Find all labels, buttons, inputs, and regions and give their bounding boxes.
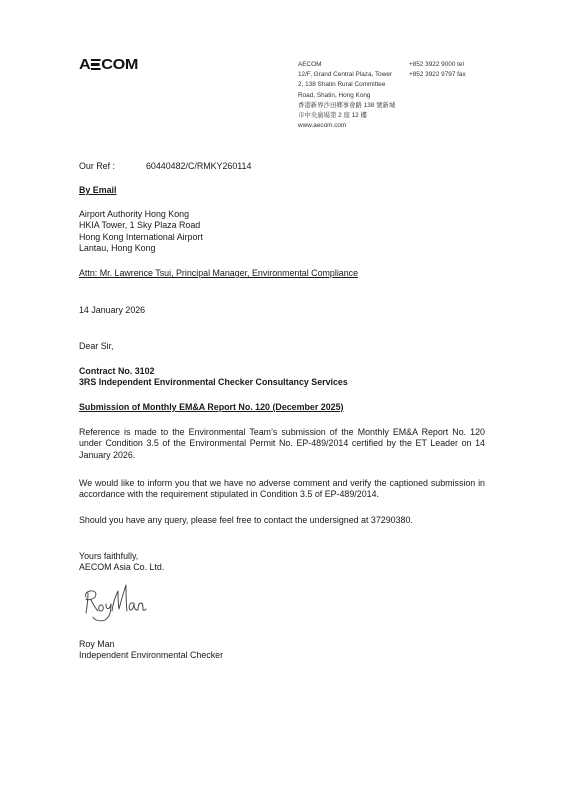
- recipient-line: HKIA Tower, 1 Sky Plaza Road: [79, 220, 203, 231]
- letter-page: ACOM AECOM 12/F, Grand Central Plaza, To…: [0, 0, 567, 801]
- logo-e-bars-icon: [90, 59, 100, 70]
- aecom-logo: ACOM: [79, 57, 138, 72]
- recipient-line: Airport Authority Hong Kong: [79, 209, 203, 220]
- signatory-block: Roy Man Independent Environmental Checke…: [79, 639, 223, 662]
- valediction: Yours faithfully,: [79, 551, 164, 562]
- fax-number: +852 3922 9797 fax: [409, 70, 466, 80]
- delivery-method: By Email: [79, 185, 117, 196]
- closing-block: Yours faithfully, AECOM Asia Co. Ltd.: [79, 551, 164, 574]
- contract-number: Contract No. 3102: [79, 366, 348, 377]
- signatory-title: Independent Environmental Checker: [79, 650, 223, 661]
- address-line: 2, 138 Shatin Rural Committee: [298, 80, 395, 90]
- recipient-address: Airport Authority Hong Kong HKIA Tower, …: [79, 209, 203, 254]
- contract-title: 3RS Independent Environmental Checker Co…: [79, 377, 348, 388]
- signatory-name: Roy Man: [79, 639, 223, 650]
- reference-line: Our Ref :60440482/C/RMKY260114: [79, 161, 251, 172]
- telephone-number: +852 3922 9000 tel: [409, 60, 466, 70]
- company-contact-block: +852 3922 9000 tel +852 3922 9797 fax: [409, 60, 466, 80]
- reference-number: 60440482/C/RMKY260114: [146, 161, 251, 171]
- letter-date: 14 January 2026: [79, 305, 145, 316]
- salutation: Dear Sir,: [79, 341, 114, 352]
- attention-line: Attn: Mr. Lawrence Tsui, Principal Manag…: [79, 268, 358, 279]
- address-line: 12/F, Grand Central Plaza, Tower: [298, 70, 395, 80]
- sender-company: AECOM Asia Co. Ltd.: [79, 562, 164, 573]
- address-line-chinese: 香港新界沙田鄉事會路 138 號新城: [298, 101, 395, 111]
- company-website: www.aecom.com: [298, 121, 395, 131]
- recipient-line: Hong Kong International Airport: [79, 232, 203, 243]
- reference-label: Our Ref :: [79, 161, 146, 172]
- company-address-block: AECOM 12/F, Grand Central Plaza, Tower 2…: [298, 60, 395, 131]
- handwritten-signature-icon: [80, 583, 150, 625]
- letter-subject: Submission of Monthly EM&A Report No. 12…: [79, 402, 344, 413]
- logo-letters-com: COM: [101, 56, 138, 73]
- body-paragraph-reference: Reference is made to the Environmental T…: [79, 427, 485, 461]
- logo-letter-a: A: [79, 56, 90, 73]
- body-paragraph-confirmation: We would like to inform you that we have…: [79, 478, 485, 501]
- contract-heading: Contract No. 3102 3RS Independent Enviro…: [79, 366, 348, 389]
- address-line: AECOM: [298, 60, 395, 70]
- body-paragraph-contact: Should you have any query, please feel f…: [79, 515, 413, 526]
- address-line-chinese: 市中央廣場第 2 座 12 樓: [298, 111, 395, 121]
- recipient-line: Lantau, Hong Kong: [79, 243, 203, 254]
- address-line: Road, Shatin, Hong Kong: [298, 91, 395, 101]
